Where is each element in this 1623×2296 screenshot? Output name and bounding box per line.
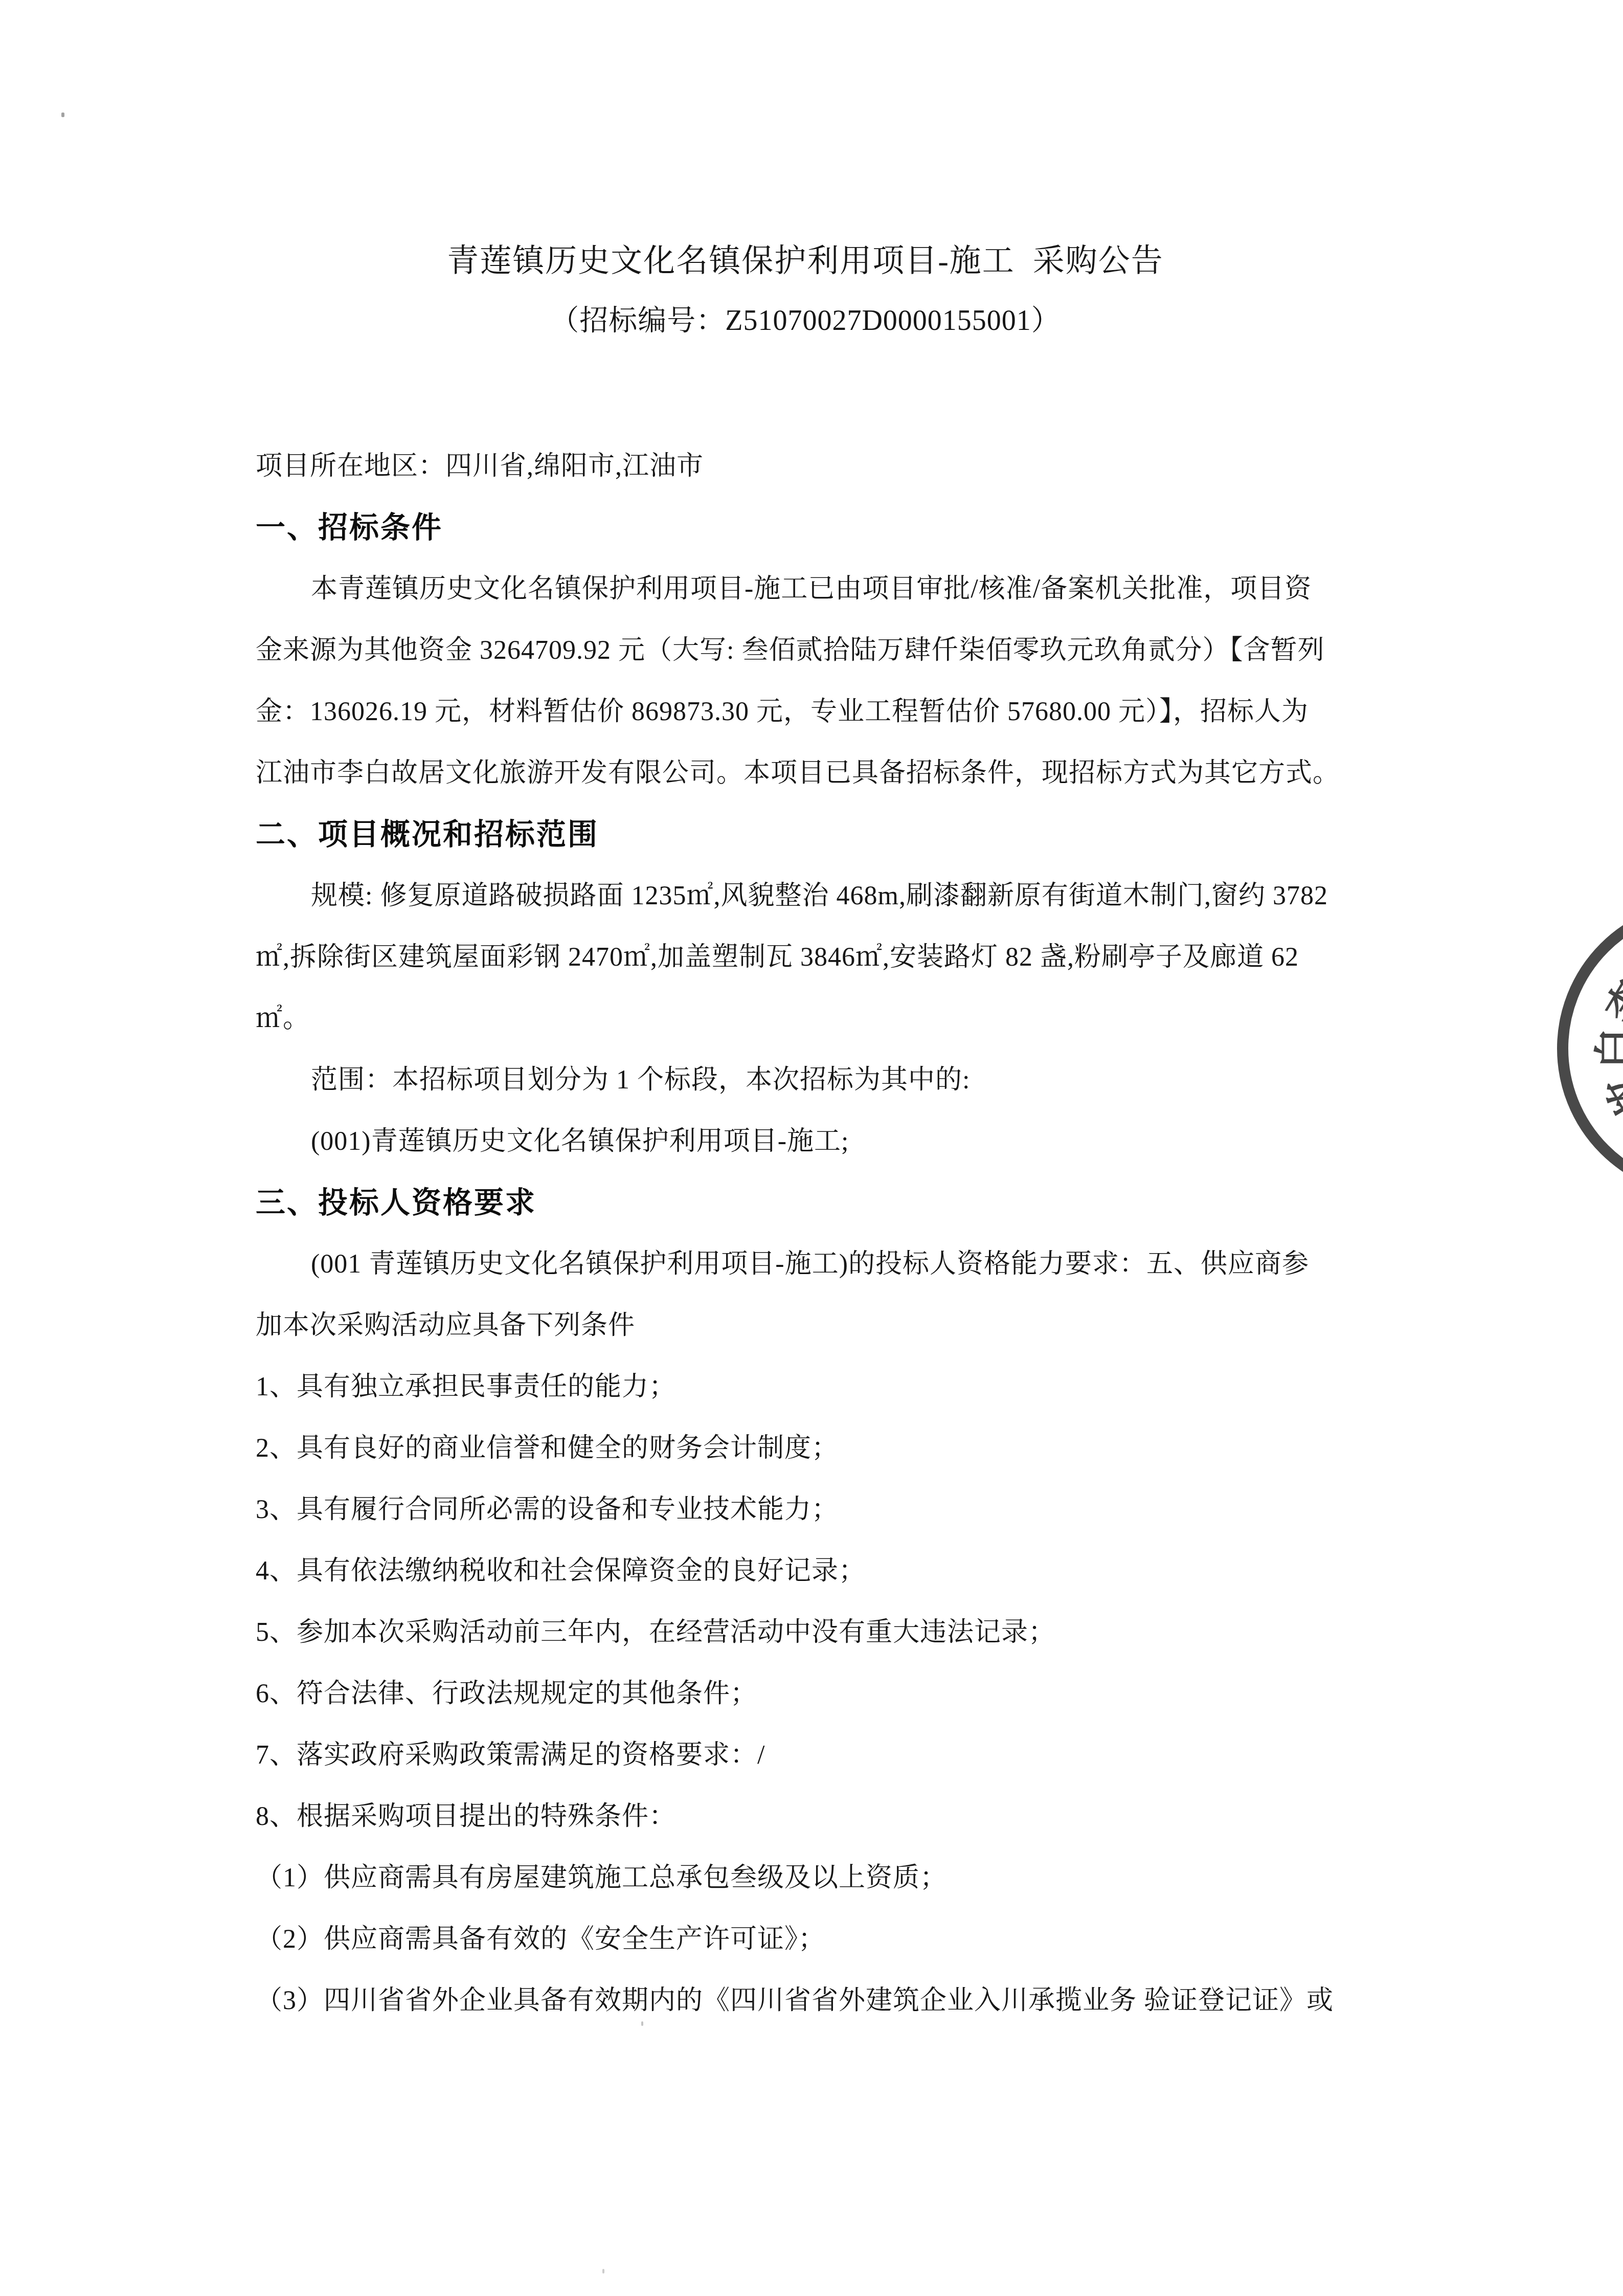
text-line: ㎡。: [256, 988, 1342, 1050]
document-body: 项目所在地区：四川省,绵阳市,江油市一、招标条件本青莲镇历史文化名镇保护利用项目…: [256, 436, 1342, 2032]
section-heading: 一、招标条件: [256, 497, 1342, 559]
bid-number-line: （招标编号：Z51070027D0000155001）: [0, 298, 1611, 344]
section-heading: 二、项目概况和招标范围: [256, 804, 1342, 865]
text-line: （2）供应商需具备有效的《安全生产许可证》；: [256, 1909, 1342, 1970]
text-line: 金来源为其他资金 3264709.92 元（大写: 叁佰贰拾陆万肆仟柒佰零玖元玖…: [256, 620, 1342, 681]
text-line: (001)青莲镇历史文化名镇保护利用项目-施工;: [256, 1111, 1342, 1172]
section-heading: 三、投标人资格要求: [256, 1172, 1342, 1234]
text-line: 8、根据采购项目提出的特殊条件：: [256, 1786, 1342, 1847]
scan-speck: [602, 2269, 604, 2273]
text-line: 金：136026.19 元，材料暂估价 869873.30 元，专业工程暂估价 …: [256, 681, 1342, 743]
text-line: 6、符合法律、行政法规规定的其他条件；: [256, 1663, 1342, 1725]
text-line: 2、具有良好的商业信誉和健全的财务会计制度；: [256, 1418, 1342, 1479]
text-line: 5、参加本次采购活动前三年内，在经营活动中没有重大违法记录；: [256, 1602, 1342, 1663]
text-line: 项目所在地区：四川省,绵阳市,江油市: [256, 436, 1342, 497]
text-line: 本青莲镇历史文化名镇保护利用项目-施工已由项目审批/核准/备案机关批准，项目资: [256, 559, 1342, 620]
text-line: （3）四川省省外企业具备有效期内的《四川省省外建筑企业入川承揽业务 验证登记证》…: [256, 1970, 1342, 2032]
seal-character: 故: [1588, 1064, 1623, 1130]
text-line: (001 青莲镇历史文化名镇保护利用项目-施工)的投标人资格能力要求：五、供应商…: [256, 1234, 1342, 1295]
scan-speck: [61, 113, 64, 117]
text-line: ㎡,拆除街区建筑屋面彩钢 2470㎡,加盖塑制瓦 3846㎡,安装路灯 82 盏…: [256, 927, 1342, 988]
scan-speck: [641, 2021, 643, 2026]
text-line: 7、落实政府采购政策需满足的资格要求：/: [256, 1725, 1342, 1786]
text-line: 江油市李白故居文化旅游开发有限公司。本项目已具备招标条件，现招标方式为其它方式。: [256, 743, 1342, 804]
company-seal-stamp: 市李白故居: [1557, 900, 1623, 1197]
text-line: 范围：本招标项目划分为 1 个标段，本次招标为其中的:: [256, 1050, 1342, 1111]
text-line: 4、具有依法缴纳税收和社会保障资金的良好记录；: [256, 1541, 1342, 1602]
seal-character: 李: [1588, 967, 1623, 1033]
text-line: 3、具有履行合同所必需的设备和专业技术能力；: [256, 1479, 1342, 1541]
text-line: （1）供应商需具有房屋建筑施工总承包叁级及以上资质；: [256, 1847, 1342, 1909]
document-title: 青莲镇历史文化名镇保护利用项目-施工 采购公告: [0, 238, 1611, 284]
text-line: 规模: 修复原道路破损路面 1235㎡,风貌整治 468m,刷漆翻新原有街道木制…: [256, 865, 1342, 927]
text-line: 1、具有独立承担民事责任的能力；: [256, 1356, 1342, 1418]
text-line: 加本次采购活动应具备下列条件: [256, 1295, 1342, 1356]
seal-character: 白: [1582, 1028, 1623, 1069]
document-page: 青莲镇历史文化名镇保护利用项目-施工 采购公告 （招标编号：Z51070027D…: [0, 0, 1623, 2296]
